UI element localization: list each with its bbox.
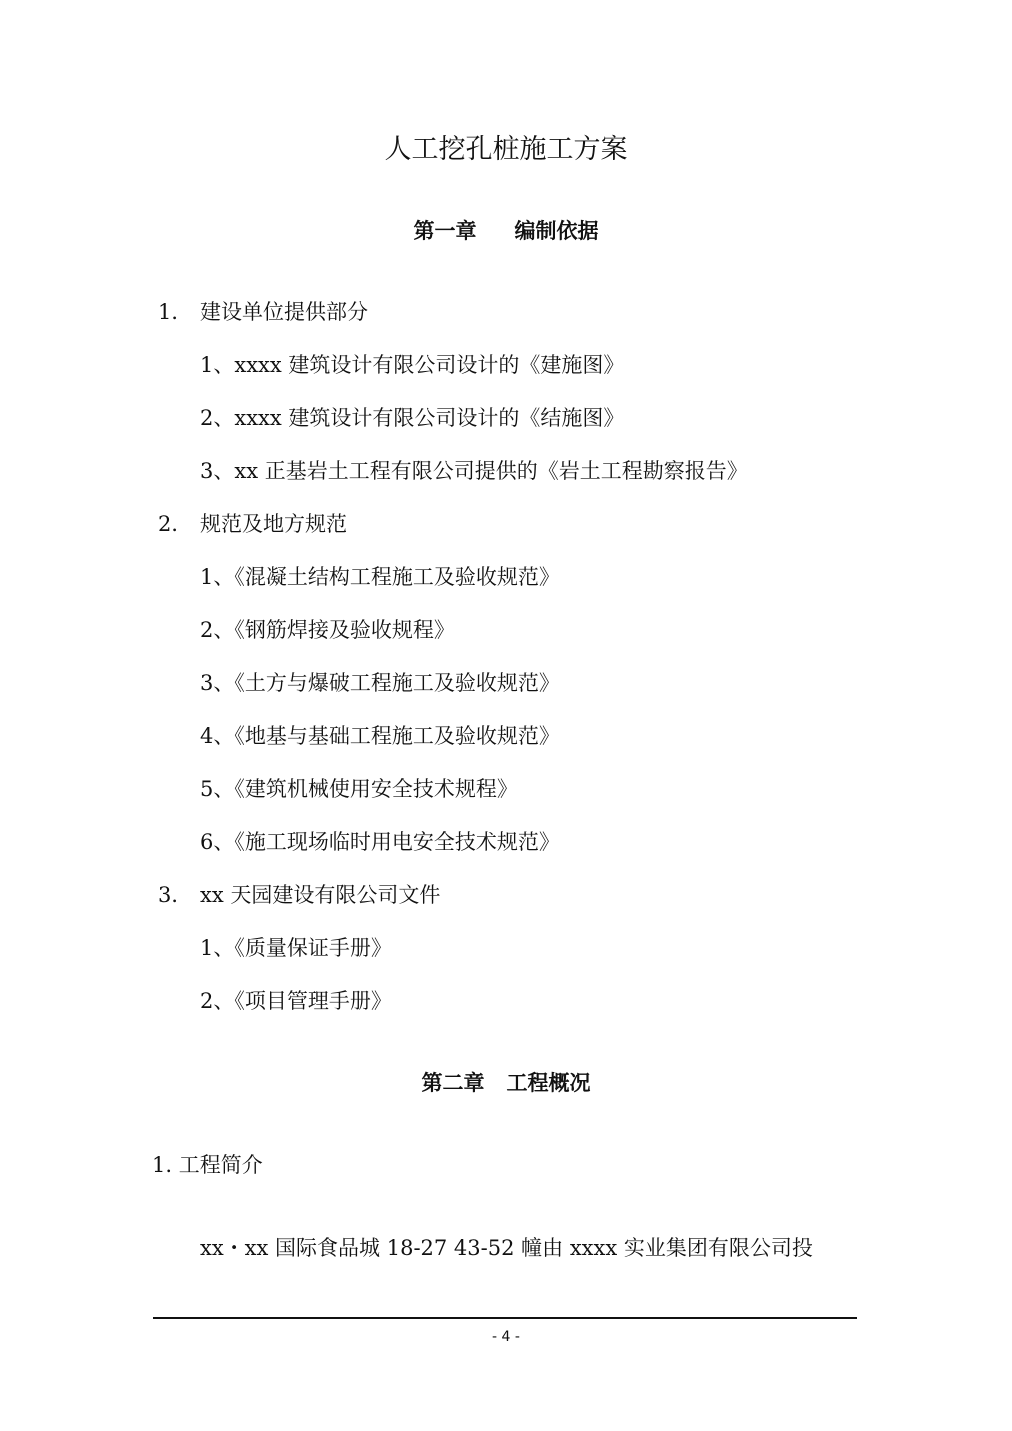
list-item: 5、《建筑机械使用安全技术规程》 [200,775,518,803]
list-item: 1、《质量保证手册》 [200,934,392,962]
section-number: 3． [158,881,200,909]
section-1-heading: 1．建设单位提供部分 [158,298,368,326]
chapter-2-section-1-heading: 1. 工程简介 [152,1151,263,1179]
list-item: 2、xxxx 建筑设计有限公司设计的《结施图》 [200,404,624,432]
section-3-heading: 3．xx 天园建设有限公司文件 [158,881,440,909]
section-number: 1． [158,298,200,326]
chapter-1-heading: 第一章编制依据 [0,217,1012,245]
chapter-2-label: 第二章 [422,1071,485,1095]
page-number: - 4 - [0,1328,1012,1346]
chapter-1-name: 编制依据 [515,219,599,243]
section-title: 建设单位提供部分 [200,300,368,324]
list-item: 4、《地基与基础工程施工及验收规范》 [200,722,560,750]
list-item: 2、《钢筋焊接及验收规程》 [200,616,455,644]
section-title: xx 天园建设有限公司文件 [200,883,440,907]
chapter-1-label: 第一章 [414,219,477,243]
list-item: 2、《项目管理手册》 [200,987,392,1015]
footer-divider [153,1317,857,1319]
list-item: 6、《施工现场临时用电安全技术规范》 [200,828,560,856]
chapter-2-name: 工程概况 [507,1071,591,1095]
list-item: 3、《土方与爆破工程施工及验收规范》 [200,669,560,697]
list-item: 3、xx 正基岩土工程有限公司提供的《岩土工程勘察报告》 [200,457,748,485]
section-2-heading: 2．规范及地方规范 [158,510,347,538]
section-number: 2． [158,510,200,538]
section-title: 规范及地方规范 [200,512,347,536]
document-title: 人工挖孔桩施工方案 [0,133,1012,167]
body-paragraph: xx・xx 国际食品城 18-27 43-52 幢由 xxxx 实业集团有限公司… [200,1234,813,1262]
list-item: 1、《混凝土结构工程施工及验收规范》 [200,563,560,591]
list-item: 1、xxxx 建筑设计有限公司设计的《建施图》 [200,351,624,379]
chapter-2-heading: 第二章工程概况 [0,1069,1012,1097]
